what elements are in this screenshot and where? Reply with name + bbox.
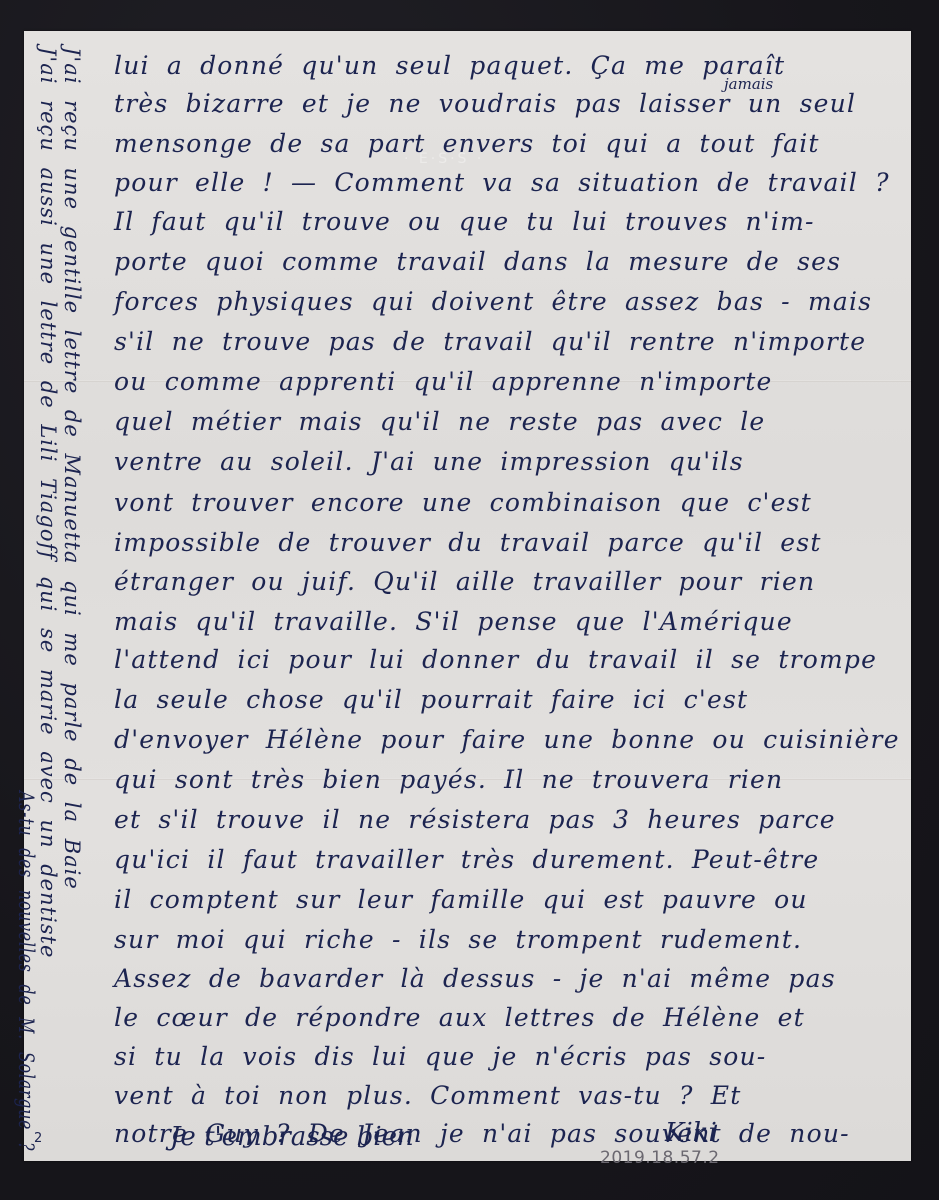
letter-line: s'il ne trouve pas de travail qu'il rent… <box>114 327 866 356</box>
letter-line: mensonge de sa part envers toi qui a tou… <box>114 129 820 158</box>
letter-line: si tu la vois dis lui que je n'écris pas… <box>114 1042 766 1071</box>
letter-line: pour elle ! — Comment va sa situation de… <box>114 168 890 197</box>
letter-line: étranger ou juif. Qu'il aille travailler… <box>114 567 815 596</box>
margin-note: J'ai reçu aussi une lettre de Lili Tiago… <box>36 47 60 958</box>
catalog-number: 2019.18.57.2 <box>600 1148 720 1168</box>
letter-line: d'envoyer Hélène pour faire une bonne ou… <box>114 725 900 754</box>
letter-line: la seule chose qu'il pourrait faire ici … <box>114 685 748 714</box>
interlinear-insertion: jamais <box>724 75 773 93</box>
letter-line: forces physiques qui doivent être assez … <box>114 287 872 316</box>
letter-line: ventre au soleil. J'ai une impression qu… <box>114 447 744 476</box>
margin-note: As-tu des nouvelles de M. Solargue ? <box>14 791 38 1151</box>
letter-line: impossible de trouver du travail parce q… <box>114 528 822 557</box>
letter-line: très bizarre et je ne voudrais pas laiss… <box>114 89 856 118</box>
letter-line: porte quoi comme travail dans la mesure … <box>114 247 841 276</box>
letter-line: Il faut qu'il trouve ou que tu lui trouv… <box>114 207 815 236</box>
letter-line: vont trouver encore une combinaison que … <box>114 488 812 517</box>
letter-line: et s'il trouve il ne résistera pas 3 heu… <box>114 805 836 834</box>
letter-line: quel métier mais qu'il ne reste pas avec… <box>114 407 765 436</box>
margin-note: J'ai reçu une gentille lettre de Manuett… <box>60 47 84 890</box>
closing-line: Je t'embrasse bien <box>170 1122 414 1152</box>
letter-line: ou comme apprenti qu'il apprenne n'impor… <box>114 367 773 396</box>
letter-line: vent à toi non plus. Comment vas-tu ? Et <box>114 1081 741 1110</box>
letter-page: · E·S·S · lui a donné qu'un seul paquet.… <box>24 31 911 1161</box>
letter-line: qu'ici il faut travailler très durement.… <box>114 845 819 874</box>
signature: Kiki <box>665 1118 717 1148</box>
letter-line: il comptent sur leur famille qui est pau… <box>114 885 808 914</box>
letter-line: qui sont très bien payés. Il ne trouvera… <box>114 765 783 794</box>
letter-line: le cœur de répondre aux lettres de Hélèn… <box>114 1003 805 1032</box>
letter-line: sur moi qui riche - ils se trompent rude… <box>114 925 802 954</box>
letter-line: mais qu'il travaille. S'il pense que l'A… <box>114 607 793 636</box>
letter-line: Assez de bavarder là dessus - je n'ai mê… <box>114 964 836 993</box>
letter-line: lui a donné qu'un seul paquet. Ça me par… <box>114 51 785 80</box>
margin-note-suffix: 2 <box>34 1131 43 1146</box>
letter-line: l'attend ici pour lui donner du travail … <box>114 645 877 674</box>
